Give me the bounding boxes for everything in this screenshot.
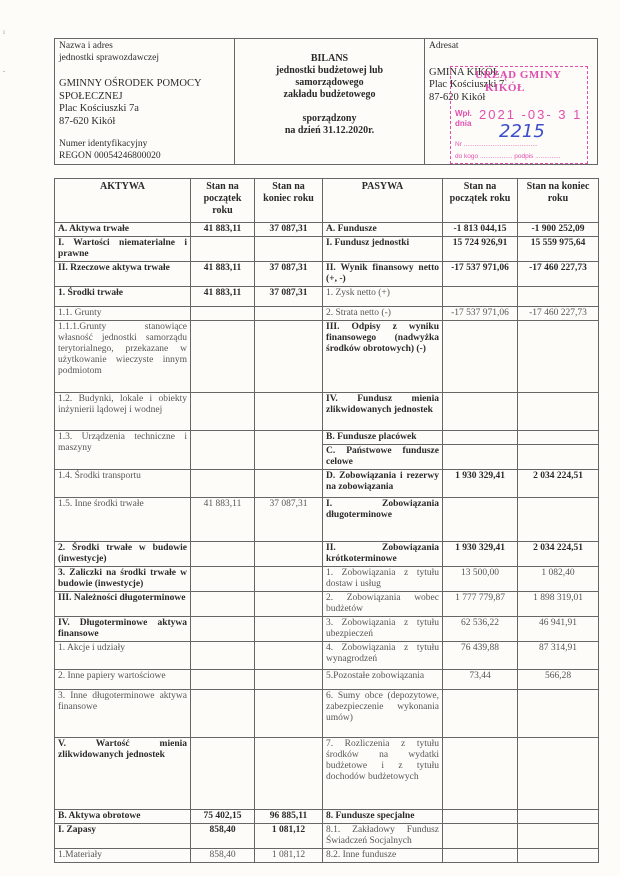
liability-label: 8. Fundusze specjalne — [323, 810, 443, 824]
table-row: II. Rzeczowe aktywa trwałe41 883,1137 08… — [55, 262, 599, 287]
asset-start-value — [191, 307, 255, 321]
asset-start-value: 41 883,11 — [191, 498, 255, 542]
asset-label: 2. Inne papiery wartościowe — [55, 670, 191, 690]
table-header-row: AKTYWA Stan na początek roku Stan na kon… — [55, 179, 599, 223]
asset-start-value: 75 402,15 — [191, 810, 255, 824]
reporting-unit-box: Nazwa i adresjednostki sprawozdawczej GM… — [55, 39, 235, 164]
liability-label: I. Zobowiązania długoterminowe — [323, 498, 443, 542]
asset-end-value: 37 087,31 — [255, 498, 323, 542]
liability-end-value — [518, 810, 599, 824]
liability-end-value: 1 082,40 — [518, 567, 599, 592]
asset-label: 1.1. Grunty — [55, 307, 191, 321]
liability-start-value — [443, 824, 518, 849]
asset-start-value — [191, 642, 255, 670]
liability-start-value: 1 930 329,41 — [443, 470, 518, 498]
liability-label: 2. Strata netto (-) — [323, 307, 443, 321]
asset-end-value — [255, 670, 323, 690]
liability-label: 1. Zobowiązania z tytułu dostaw i usług — [323, 567, 443, 592]
table-row: V. Wartość mienia zlikwidowanych jednost… — [55, 738, 599, 810]
liability-start-value: -17 537 971,06 — [443, 307, 518, 321]
liability-end-value: 87 314,91 — [518, 642, 599, 670]
unit-label: Nazwa i adresjednostki sprawozdawczej — [59, 41, 230, 64]
table-row: 1. Akcje i udziały4. Zobowiązania z tytu… — [55, 642, 599, 670]
liability-label: 7. Rozliczenia z tytułu środków na wydat… — [323, 738, 443, 810]
asset-label: 1.5. Inne środki trwałe — [55, 498, 191, 542]
liability-start-value — [443, 738, 518, 810]
page-margin-marks: ıꞏ — [3, 12, 5, 92]
table-row: 1.2. Budynki, lokale i obiekty inżynieri… — [55, 393, 599, 431]
asset-end-value — [255, 592, 323, 617]
asset-end-value: 37 087,31 — [255, 262, 323, 287]
liability-start-value: 1 930 329,41 — [443, 542, 518, 567]
liability-end-value: -1 900 252,09 — [518, 223, 599, 237]
asset-label: I. Zapasy — [55, 824, 191, 849]
liability-end-value: 2 034 224,51 — [518, 470, 599, 498]
liability-start-value — [443, 690, 518, 738]
liability-end-value: 15 559 975,64 — [518, 237, 599, 262]
col-assets-end: Stan na koniec roku — [255, 179, 323, 223]
liability-label: 2. Zobowiązania wobec budżetów — [323, 592, 443, 617]
liability-start-value: 62 536,22 — [443, 617, 518, 642]
asset-label: II. Rzeczowe aktywa trwałe — [55, 262, 191, 287]
liability-label: II. Zobowiązania krótkoterminowe — [323, 542, 443, 567]
liability-label: 8.2. Inne fundusze — [323, 849, 443, 863]
asset-end-value: 1 081,12 — [255, 849, 323, 863]
asset-label: 1.Materiały — [55, 849, 191, 863]
liability-start-value — [443, 287, 518, 307]
stamp-date: 2021 -03- 3 1 — [479, 107, 582, 122]
table-row: III. Należności długoterminowe2. Zobowią… — [55, 592, 599, 617]
asset-start-value — [191, 431, 255, 470]
liability-start-value — [443, 321, 518, 393]
table-row: 2. Środki trwałe w budowie (inwestycje)I… — [55, 542, 599, 567]
table-row: 1.Materiały858,401 081,128.2. Inne fundu… — [55, 849, 599, 863]
liability-label: 6. Sumy obce (depozytowe, zabezpieczenie… — [323, 690, 443, 738]
liability-label: B. Fundusze placówek — [323, 431, 443, 445]
table-row: 3. Zaliczki na środki trwałe w budowie (… — [55, 567, 599, 592]
liability-label: D. Zobowiązania i rezerwy na zobowiązani… — [323, 470, 443, 498]
asset-end-value — [255, 642, 323, 670]
liability-end-value — [518, 287, 599, 307]
liability-label: II. Wynik finansowy netto (+, -) — [323, 262, 443, 287]
asset-end-value — [255, 690, 323, 738]
liability-end-value: -17 460 227,73 — [518, 262, 599, 287]
asset-label: I. Wartości niematerialne i prawne — [55, 237, 191, 262]
asset-label: 1.2. Budynki, lokale i obiekty inżynieri… — [55, 393, 191, 431]
unit-identifier: Numer identyfikacyjnyREGON 0005424680002… — [59, 139, 161, 162]
liability-label: 8.1. Zakładowy Fundusz Świadczeń Socjaln… — [323, 824, 443, 849]
asset-end-value — [255, 542, 323, 567]
liability-end-value: -17 460 227,73 — [518, 307, 599, 321]
asset-start-value — [191, 738, 255, 810]
received-stamp: URZĄD GMINY KIKÓŁ Wpł.dnia 2021 -03- 3 1… — [450, 66, 588, 164]
asset-start-value — [191, 237, 255, 262]
liability-end-value: 2 034 224,51 — [518, 542, 599, 567]
liability-end-value — [518, 321, 599, 393]
liability-start-value: 73,44 — [443, 670, 518, 690]
asset-label: 2. Środki trwałe w budowie (inwestycje) — [55, 542, 191, 567]
asset-start-value — [191, 393, 255, 431]
asset-end-value — [255, 470, 323, 498]
liability-start-value: 1 777 779,87 — [443, 592, 518, 617]
unit-name-address: GMINNY OŚRODEK POMOCYSPOŁECZNEJ Plac Koś… — [59, 78, 230, 128]
table-row: A. Aktywa trwałe41 883,1137 087,31A. Fun… — [55, 223, 599, 237]
asset-end-value — [255, 738, 323, 810]
liability-label: 1. Zysk netto (+) — [323, 287, 443, 307]
liability-end-value — [518, 431, 599, 445]
liability-end-value — [518, 849, 599, 863]
liability-start-value — [443, 498, 518, 542]
asset-label: III. Należności długoterminowe — [55, 592, 191, 617]
asset-label: V. Wartość mienia zlikwidowanych jednost… — [55, 738, 191, 810]
report-date: na dzień 31.12.2020r. — [235, 125, 424, 137]
liability-end-value — [518, 824, 599, 849]
liability-end-value: 566,28 — [518, 670, 599, 690]
liability-label: C. Państwowe fundusze celowe — [323, 445, 443, 470]
col-assets-start: Stan na początek roku — [191, 179, 255, 223]
liability-start-value: 13 500,00 — [443, 567, 518, 592]
asset-label: 1.4. Środki transportu — [55, 470, 191, 498]
table-row: 1.3. Urządzenia techniczne i maszynyB. F… — [55, 431, 599, 445]
asset-label: 3. Inne długoterminowe aktywa finansowe — [55, 690, 191, 738]
liability-label: 3. Zobowiązania z tytułu ubezpieczeń — [323, 617, 443, 642]
asset-start-value: 41 883,11 — [191, 223, 255, 237]
liability-label: 5.Pozostałe zobowiązania — [323, 670, 443, 690]
asset-start-value — [191, 617, 255, 642]
asset-start-value — [191, 690, 255, 738]
asset-end-value — [255, 393, 323, 431]
asset-start-value: 41 883,11 — [191, 287, 255, 307]
asset-start-value — [191, 470, 255, 498]
liability-label: A. Fundusze — [323, 223, 443, 237]
liability-end-value — [518, 445, 599, 470]
table-row: 2. Inne papiery wartościowe5.Pozostałe z… — [55, 670, 599, 690]
asset-end-value — [255, 321, 323, 393]
liability-start-value: 76 439,88 — [443, 642, 518, 670]
asset-label: B. Aktywa obrotowe — [55, 810, 191, 824]
asset-label: 1.3. Urządzenia techniczne i maszyny — [55, 431, 191, 470]
liability-end-value — [518, 738, 599, 810]
liability-start-value: -1 813 044,15 — [443, 223, 518, 237]
liability-end-value: 1 898 319,01 — [518, 592, 599, 617]
liability-start-value — [443, 810, 518, 824]
asset-end-value — [255, 307, 323, 321]
asset-end-value: 96 885,11 — [255, 810, 323, 824]
liability-label: I. Fundusz jednostki — [323, 237, 443, 262]
liability-label: 4. Zobowiązania z tytułu wynagrodzeń — [323, 642, 443, 670]
liability-end-value — [518, 498, 599, 542]
liability-label: III. Odpisy z wyniku finansowego (nadwyż… — [323, 321, 443, 393]
col-pasywa: PASYWA — [323, 179, 443, 223]
liability-end-value: 46 941,91 — [518, 617, 599, 642]
handwritten-number: 2215 — [499, 121, 545, 142]
asset-start-value — [191, 321, 255, 393]
table-row: 3. Inne długoterminowe aktywa finansowe6… — [55, 690, 599, 738]
table-row: 1.5. Inne środki trwałe41 883,1137 087,3… — [55, 498, 599, 542]
asset-start-value — [191, 592, 255, 617]
asset-end-value: 37 087,31 — [255, 223, 323, 237]
asset-end-value — [255, 567, 323, 592]
col-liab-start: Stan na początek roku — [443, 179, 518, 223]
col-aktywa: AKTYWA — [55, 179, 191, 223]
col-liab-end: Stan na koniec roku — [518, 179, 599, 223]
liability-start-value — [443, 849, 518, 863]
asset-end-value: 37 087,31 — [255, 287, 323, 307]
liability-label: IV. Fundusz mienia zlikwidowanych jednos… — [323, 393, 443, 431]
asset-end-value — [255, 237, 323, 262]
table-row: IV. Długoterminowe aktywa finansowe3. Zo… — [55, 617, 599, 642]
asset-label: 3. Zaliczki na środki trwałe w budowie (… — [55, 567, 191, 592]
asset-label: IV. Długoterminowe aktywa finansowe — [55, 617, 191, 642]
table-row: 1. Środki trwałe41 883,1137 087,311. Zys… — [55, 287, 599, 307]
asset-end-value — [255, 617, 323, 642]
asset-label: 1. Środki trwałe — [55, 287, 191, 307]
liability-start-value: -17 537 971,06 — [443, 262, 518, 287]
table-row: 1.1. Grunty2. Strata netto (-)-17 537 97… — [55, 307, 599, 321]
table-row: B. Aktywa obrotowe75 402,1596 885,118. F… — [55, 810, 599, 824]
asset-end-value: 1 081,12 — [255, 824, 323, 849]
asset-start-value — [191, 567, 255, 592]
liability-start-value — [443, 445, 518, 470]
report-title: BILANS — [235, 53, 424, 65]
table-row: I. Zapasy858,401 081,128.1. Zakładowy Fu… — [55, 824, 599, 849]
asset-start-value: 41 883,11 — [191, 262, 255, 287]
report-title-box: BILANS jednostki budżetowej lub samorząd… — [235, 39, 425, 164]
asset-start-value — [191, 670, 255, 690]
asset-start-value: 858,40 — [191, 824, 255, 849]
asset-start-value — [191, 542, 255, 567]
asset-end-value — [255, 431, 323, 470]
asset-label: 1. Akcje i udziały — [55, 642, 191, 670]
asset-label: 1.1.1.Grunty stanowiące własność jednost… — [55, 321, 191, 393]
liability-end-value — [518, 690, 599, 738]
liability-start-value: 15 724 926,91 — [443, 237, 518, 262]
liability-start-value — [443, 431, 518, 445]
liability-end-value — [518, 393, 599, 431]
table-row: 1.1.1.Grunty stanowiące własność jednost… — [55, 321, 599, 393]
table-row: I. Wartości niematerialne i prawneI. Fun… — [55, 237, 599, 262]
liability-start-value — [443, 393, 518, 431]
asset-start-value: 858,40 — [191, 849, 255, 863]
table-row: 1.4. Środki transportuD. Zobowiązania i … — [55, 470, 599, 498]
asset-label: A. Aktywa trwałe — [55, 223, 191, 237]
balance-sheet-table: AKTYWA Stan na początek roku Stan na kon… — [54, 178, 599, 863]
